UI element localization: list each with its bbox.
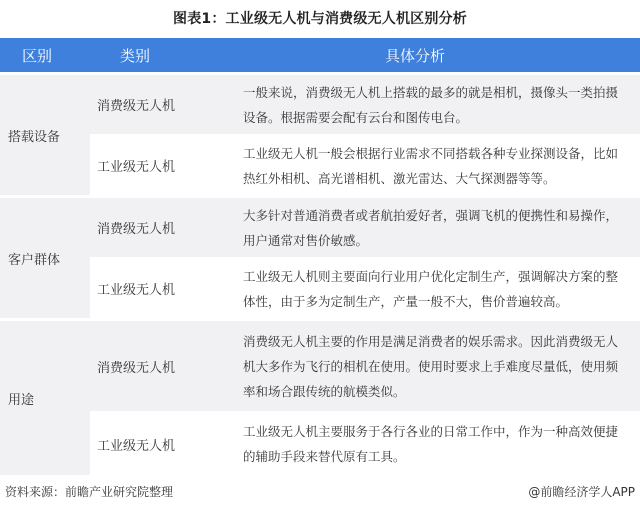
table-header: 区别 类别 具体分析 (0, 38, 640, 72)
chart-title: 图表1：工业级无人机与消费级无人机区别分析 (0, 8, 640, 28)
category-cell: 消费级无人机 (90, 357, 230, 376)
group-label: 用途 (0, 321, 90, 475)
category-cell: 消费级无人机 (90, 95, 230, 114)
source-note: 资料来源：前瞻产业研究院整理 (5, 483, 173, 500)
footer: 资料来源：前瞻产业研究院整理 @前瞻经济学人APP (0, 480, 640, 502)
group-usage: 用途 消费级无人机 消费级无人机主要的作用是满足消费者的娱乐需求。因此消费级无人… (0, 321, 640, 475)
header-analysis: 具体分析 (220, 45, 640, 66)
app-credit: @前瞻经济学人APP (528, 483, 635, 500)
analysis-cell: 消费级无人机主要的作用是满足消费者的娱乐需求。因此消费级无人机大多作为飞行的相机… (230, 325, 640, 408)
category-cell: 工业级无人机 (90, 156, 230, 175)
table-row: 消费级无人机 大多针对普通消费者或者航拍爱好者，强调飞机的便携性和易操作，用户通… (90, 198, 640, 257)
category-cell: 工业级无人机 (90, 435, 230, 454)
category-cell: 消费级无人机 (90, 218, 230, 237)
analysis-cell: 工业级无人机则主要面向行业用户优化定制生产，强调解决方案的整体性，由于多为定制生… (230, 260, 640, 318)
analysis-cell: 大多针对普通消费者或者航拍爱好者，强调飞机的便携性和易操作，用户通常对售价敏感。 (230, 199, 640, 257)
group-equipment: 搭载设备 消费级无人机 一般来说，消费级无人机上搭载的最多的就是相机，摄像头一类… (0, 75, 640, 195)
group-customers: 客户群体 消费级无人机 大多针对普通消费者或者航拍爱好者，强调飞机的便携性和易操… (0, 198, 640, 318)
table-row: 工业级无人机 工业级无人机主要服务于各行各业的日常工作中，作为一种高效便捷的辅助… (90, 413, 640, 475)
header-difference: 区别 (0, 45, 90, 66)
table-row: 消费级无人机 消费级无人机主要的作用是满足消费者的娱乐需求。因此消费级无人机大多… (90, 321, 640, 411)
table-row: 工业级无人机 工业级无人机一般会根据行业需求不同搭载各种专业探测设备，比如热红外… (90, 136, 640, 195)
group-label: 客户群体 (0, 198, 90, 318)
group-label: 搭载设备 (0, 75, 90, 195)
header-category: 类别 (90, 45, 220, 66)
analysis-cell: 工业级无人机主要服务于各行各业的日常工作中，作为一种高效便捷的辅助手段来替代原有… (230, 415, 640, 473)
table-row: 工业级无人机 工业级无人机则主要面向行业用户优化定制生产，强调解决方案的整体性，… (90, 259, 640, 318)
comparison-table: 区别 类别 具体分析 搭载设备 消费级无人机 一般来说，消费级无人机上搭载的最多… (0, 38, 640, 475)
table-row: 消费级无人机 一般来说，消费级无人机上搭载的最多的就是相机，摄像头一类拍摄设备。… (90, 75, 640, 134)
category-cell: 工业级无人机 (90, 279, 230, 298)
analysis-cell: 工业级无人机一般会根据行业需求不同搭载各种专业探测设备，比如热红外相机、高光谱相… (230, 137, 640, 195)
analysis-cell: 一般来说，消费级无人机上搭载的最多的就是相机，摄像头一类拍摄设备。根据需要会配有… (230, 76, 640, 134)
